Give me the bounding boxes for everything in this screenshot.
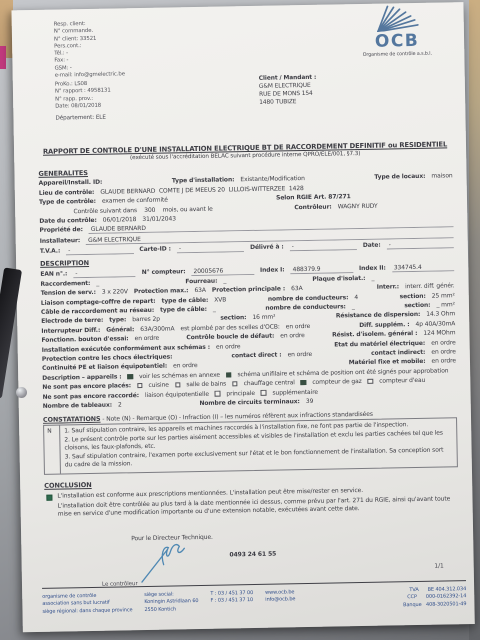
field-value: 124 MOhm bbox=[423, 330, 455, 338]
field-label: Câble de raccordement au réseau: bbox=[41, 307, 154, 316]
spacer bbox=[166, 320, 214, 321]
field-value: compteur de gaz bbox=[312, 378, 362, 386]
field-label: Résist. d'isolem. général : bbox=[332, 330, 417, 339]
field-value-underlined: - bbox=[177, 244, 244, 253]
ocb-logo-text: OCB bbox=[352, 32, 442, 51]
spacer bbox=[246, 346, 328, 347]
spacer bbox=[391, 400, 457, 401]
spacer bbox=[318, 355, 365, 356]
constatations-code-cell: N bbox=[44, 426, 60, 475]
checkbox-checked bbox=[301, 380, 307, 386]
field-value: _ mm² bbox=[436, 301, 455, 308]
checkbox-unchecked bbox=[175, 382, 181, 388]
field-label: Installateur: bbox=[40, 237, 81, 245]
field-label: Description – appareils : bbox=[42, 373, 121, 381]
field-label: type: bbox=[109, 317, 126, 324]
field-value: en ordre bbox=[431, 358, 456, 365]
field-value: 16 mm² bbox=[252, 314, 275, 321]
field-value: liaison équipotentielle bbox=[145, 390, 209, 398]
field-value: 25 mm² bbox=[432, 292, 455, 299]
text-line: siège régional: dans chaque province bbox=[42, 607, 132, 616]
field-value: _ bbox=[213, 306, 216, 313]
spacer bbox=[108, 183, 166, 184]
spacer bbox=[204, 365, 343, 368]
field-label: Résistance de dispersion: bbox=[336, 311, 421, 320]
checkbox-unchecked bbox=[137, 383, 143, 389]
field-value: _ bbox=[96, 280, 99, 287]
field-label: Protection contre les chocs électriques: bbox=[42, 353, 173, 362]
footer-web-email: www.ocb.beinfo@ocb.be bbox=[265, 589, 296, 611]
field-value: supplémentaire bbox=[272, 388, 318, 396]
field-label: Contrôleur: bbox=[294, 203, 332, 211]
field-value: Existante/Modification bbox=[240, 175, 305, 183]
field-label: Selon RGIE Art. 87/271 bbox=[276, 193, 351, 201]
text-line: 1480 TUBIZE bbox=[259, 99, 317, 108]
client-address: G&M ELECTRIQUERUE DE MONS 1541480 TUBIZE bbox=[259, 83, 317, 108]
field-label: nombre de conducteurs: bbox=[265, 303, 346, 311]
field-value: en ordre bbox=[287, 351, 312, 358]
ocb-rays-icon bbox=[374, 5, 418, 32]
field-value: 3 x 220V bbox=[102, 289, 128, 296]
field-value: en ordre bbox=[286, 323, 311, 330]
checkbox-unchecked bbox=[261, 390, 267, 396]
footer-phone-fax: T : 03 / 451 37 00F : 03 / 451 37 10 bbox=[210, 590, 253, 613]
field-value: 63A/300mA bbox=[140, 325, 174, 333]
field-value: en ordre bbox=[431, 348, 456, 355]
field-label: Protection principale : bbox=[212, 286, 285, 294]
ocb-logo: OCB Organisme de contrôle a.s.b.l. bbox=[351, 4, 442, 58]
constatations-title: CONSTATATIONS bbox=[43, 415, 101, 424]
spacer bbox=[319, 402, 385, 403]
field-label: Délivré à : bbox=[250, 244, 284, 252]
field-label: section: bbox=[404, 302, 430, 309]
field-value-underlined: - bbox=[387, 240, 454, 249]
spacer bbox=[311, 179, 369, 180]
field-label: Protection max.: bbox=[134, 287, 189, 295]
text-line: e-mail: info@gmelectric.be bbox=[55, 71, 125, 80]
field-value: 63A bbox=[291, 285, 303, 292]
spacer bbox=[128, 405, 194, 406]
field-label: Index I: bbox=[260, 266, 285, 273]
field-value: _ bbox=[371, 275, 374, 282]
field-value: 4p 40A/30mA bbox=[415, 320, 455, 328]
field-label: Ne sont pas encore raccordé: bbox=[42, 392, 139, 401]
field-value: est plombé par des scelles d'OCB: bbox=[180, 323, 279, 332]
field-value: Contrôle suivant dans 300 mois, ou avant… bbox=[39, 205, 213, 215]
page-number: 1/1 bbox=[434, 563, 443, 570]
field-value: 63A bbox=[194, 287, 206, 294]
field-label: Type de locaux: bbox=[374, 173, 425, 181]
field-label: type de câble: bbox=[161, 296, 208, 304]
text-line: Date: 08/01/2018 bbox=[55, 102, 111, 110]
field-label: Général: bbox=[106, 326, 134, 334]
description-fields: EAN n°.:-N° compteur:20005676Index I:488… bbox=[40, 263, 456, 410]
field-label: Interr.: bbox=[377, 284, 400, 291]
field-label: Installation exécutée conformément aux s… bbox=[42, 343, 210, 353]
spacer bbox=[316, 327, 353, 328]
ocb-logo-subtitle: Organisme de contrôle a.s.b.l. bbox=[352, 51, 442, 58]
field-value: 31/01/2043 bbox=[142, 215, 176, 223]
field-value: 2 bbox=[118, 401, 122, 408]
field-value: _ bbox=[223, 277, 226, 284]
field-label: Propriété de: bbox=[39, 226, 82, 234]
field-label: Diff. supplém. : bbox=[359, 321, 409, 329]
spacer bbox=[232, 281, 306, 282]
field-value-underlined: 20005676 bbox=[191, 266, 254, 275]
field-value-underlined: - bbox=[66, 246, 133, 255]
field-label: contact direct : bbox=[231, 351, 281, 359]
text-line: N° rapport : 4958131 bbox=[55, 88, 111, 96]
field-label: EAN n°.: bbox=[40, 270, 67, 277]
field-value: 4 bbox=[354, 294, 358, 301]
spacer bbox=[105, 283, 179, 284]
spacer bbox=[309, 289, 371, 290]
spacer bbox=[364, 298, 394, 299]
field-label: Date du contrôle: bbox=[39, 217, 97, 225]
field-value: cuisine bbox=[148, 382, 168, 389]
field-value: WAGNY RUDY bbox=[338, 202, 378, 210]
field-value-underlined: 334745.4 bbox=[392, 263, 455, 272]
text-line: info@ocb.be bbox=[265, 597, 295, 605]
spacer bbox=[384, 206, 454, 207]
spacer bbox=[361, 307, 399, 308]
field-label: section: bbox=[220, 315, 246, 322]
field-label: Index II: bbox=[359, 264, 386, 271]
footer-head-office: siège social:Koningin Astridlaan 602550 … bbox=[144, 591, 199, 614]
field-label: Type d'installation: bbox=[172, 177, 235, 185]
field-value: salle de bains bbox=[186, 381, 226, 389]
field-label: type de câble: bbox=[160, 306, 207, 314]
field-label: nombre de conducteurs: bbox=[268, 294, 349, 302]
field-label: Interrupteur Diff.: bbox=[41, 327, 100, 335]
field-label: Contrôle boucle de défaut: bbox=[186, 333, 274, 342]
field-value: barres 2p bbox=[132, 316, 160, 324]
field-label: section: bbox=[400, 292, 426, 299]
field-label: Fourreau: bbox=[185, 278, 217, 286]
checkbox-unchecked bbox=[215, 391, 221, 397]
field-value: XVB bbox=[214, 296, 226, 303]
conclusion-checkbox-checked bbox=[46, 495, 52, 501]
field-label: Etat du matériel électrique: bbox=[334, 339, 425, 348]
text-line: Banque 408-3020501-49 bbox=[403, 601, 466, 609]
text-line: F : 03 / 451 37 10 bbox=[210, 597, 253, 605]
field-label: Liaison comptage-coffre de repart: bbox=[41, 297, 156, 306]
client-block: Client / Mandant : G&M ELECTRIQUERUE DE … bbox=[259, 75, 317, 108]
field-value: en ordre bbox=[216, 343, 241, 350]
field-value: 06/01/2018 bbox=[103, 216, 137, 224]
field-value: en ordre bbox=[280, 332, 305, 339]
field-value: en ordre bbox=[135, 335, 160, 342]
spacer bbox=[222, 310, 260, 311]
document-header: Resp. client:N° commande.N° client: 3352… bbox=[35, 2, 451, 134]
field-label: T.V.A.: bbox=[40, 248, 60, 255]
signature-handwriting bbox=[129, 540, 192, 585]
field-label: Matériel fixe et mobile: bbox=[349, 358, 426, 366]
field-label: Nombre de tableaux: bbox=[43, 402, 112, 410]
field-value: principale bbox=[226, 390, 255, 398]
document-page: Resp. client:N° commande.N° client: 3352… bbox=[11, 2, 474, 632]
field-value: en ordre bbox=[431, 339, 456, 346]
field-value: interr. diff. génér. bbox=[405, 283, 455, 291]
field-label: Ne sont pas encore placés: bbox=[42, 382, 131, 391]
field-value: compteur d'eau bbox=[379, 377, 425, 385]
checkbox-unchecked bbox=[368, 379, 374, 385]
spacer bbox=[219, 209, 289, 210]
field-label: Fonctionn. bouton d'essai: bbox=[41, 336, 128, 345]
field-label: Date: bbox=[363, 242, 381, 249]
field-value: voir les schémas en annexe bbox=[139, 371, 220, 379]
field-label: Electrode de terre: bbox=[41, 317, 103, 325]
magenta-edge-tab bbox=[0, 46, 6, 69]
field-value: maison bbox=[431, 173, 452, 180]
field-label: Plaque d'isolat.: bbox=[312, 275, 365, 283]
checkbox-unchecked bbox=[232, 381, 238, 387]
field-value: en ordre bbox=[173, 362, 198, 369]
field-label: Appareil/Install. ID: bbox=[39, 179, 103, 187]
sender-contact-block: Resp. client:N° commande.N° client: 3352… bbox=[54, 20, 125, 80]
field-label: Tension de serv.: bbox=[41, 289, 96, 297]
footer-tva-bank: TVA BE 404.312.034CCP 000-0162392-14Banq… bbox=[403, 586, 467, 609]
text-line: 2550 Kontich bbox=[144, 606, 198, 614]
checkbox-checked bbox=[226, 372, 232, 378]
pen-tip bbox=[16, 387, 27, 398]
checkbox-checked bbox=[128, 374, 134, 380]
photo-background: Resp. client:N° commande.N° client: 3352… bbox=[0, 0, 480, 640]
spacer bbox=[174, 200, 270, 202]
spacer bbox=[232, 301, 262, 302]
field-label: Carte-ID : bbox=[139, 246, 171, 254]
report-reference-block: ProKo.: LS08N° rapport : 4958131N° rapp.… bbox=[55, 81, 111, 111]
footer-organisation: organisme de contrôleassociation sans bu… bbox=[42, 592, 132, 615]
field-value: 14.3 Ohm bbox=[426, 311, 455, 319]
spacer bbox=[281, 318, 329, 319]
field-label: Lieu de contrôle: bbox=[39, 189, 95, 197]
controller-phone: 0493 24 61 55 bbox=[229, 550, 276, 558]
field-label: Type de contrôle: bbox=[39, 198, 96, 206]
field-label: Continuité PE et liaison équipotentiel: bbox=[42, 363, 167, 372]
field-value: _ bbox=[352, 303, 355, 310]
field-value-underlined: - bbox=[290, 242, 357, 251]
field-value: chauffage central bbox=[244, 379, 295, 387]
spacer bbox=[380, 278, 454, 279]
field-label: Nombre de circuits terminaux: bbox=[199, 398, 300, 407]
field-label: N° compteur: bbox=[142, 268, 186, 276]
generalites-fields: Appareil/Install. ID:Type d'installation… bbox=[39, 173, 454, 256]
field-value: examen de conformité bbox=[102, 197, 168, 205]
constatations-table: N 1. Sauf stipulation contraire, les app… bbox=[43, 417, 458, 475]
field-label: Raccordement: bbox=[40, 280, 90, 288]
field-value-underlined: 488379.9 bbox=[291, 265, 354, 274]
text-line: Koningin Astridlaan 60 bbox=[144, 598, 198, 606]
constatations-notes: 1. Sauf stipulation contraire, les appar… bbox=[59, 418, 457, 474]
field-value-underlined: - bbox=[73, 269, 136, 278]
spacer bbox=[178, 358, 225, 359]
department-label: Département: ELE bbox=[55, 115, 106, 122]
field-label: contact indirect: bbox=[371, 349, 425, 357]
field-value: 39 bbox=[306, 398, 314, 405]
spacer bbox=[357, 196, 453, 198]
